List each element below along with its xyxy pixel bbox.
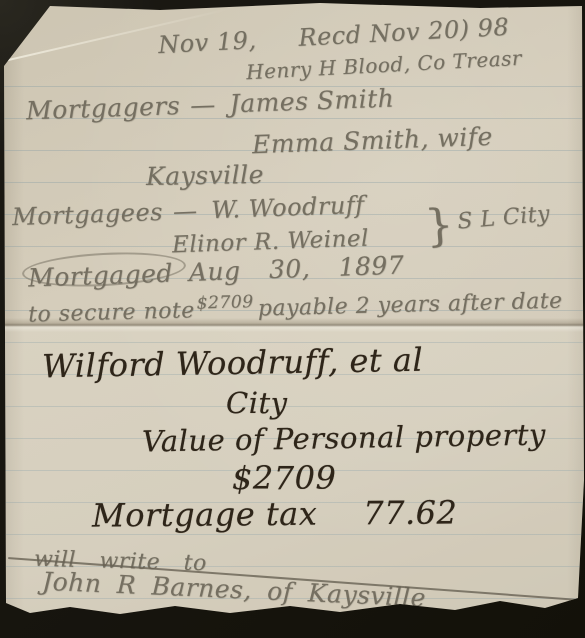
mortgagees-residence: S L City [456, 202, 551, 235]
received-date: Recd Nov 20) 98 [298, 13, 510, 52]
note-prefix: to secure note [28, 298, 195, 327]
mortgagee-name-primary: W. Woodruff [211, 191, 365, 224]
summary-tax-line: Mortgage tax77.62 [92, 493, 458, 534]
mortgage-date-label: Mortgaged [28, 259, 174, 293]
dash: — [172, 197, 197, 226]
scanned-note: Nov 19, Recd Nov 20) 98 Henry H Blood, C… [0, 0, 585, 638]
mortgagors-residence: Kaysville [146, 160, 264, 191]
tax-label: Mortgage tax [92, 495, 318, 535]
dash: — [190, 90, 216, 120]
entry-date: Nov 19, [158, 26, 258, 59]
mortgagor-name-primary: James Smith [229, 84, 395, 119]
mortgagors-label: Mortgagers [26, 91, 181, 125]
summary-city-line: City [226, 386, 288, 420]
mortgagees-label: Mortgagees [12, 198, 164, 231]
tax-amount: 77.62 [363, 493, 457, 532]
mortgagees-residence-group: }S L City [423, 191, 552, 253]
paper: Nov 19, Recd Nov 20) 98 Henry H Blood, C… [0, 0, 585, 638]
summary-name-line: Wilford Woodruff, et al [42, 341, 424, 386]
brace-glyph: } [423, 199, 456, 252]
summary-value-label: Value of Personal property [142, 417, 546, 458]
note-amount: $2709 [196, 292, 254, 313]
summary-value-amount: $2709 [232, 459, 336, 497]
